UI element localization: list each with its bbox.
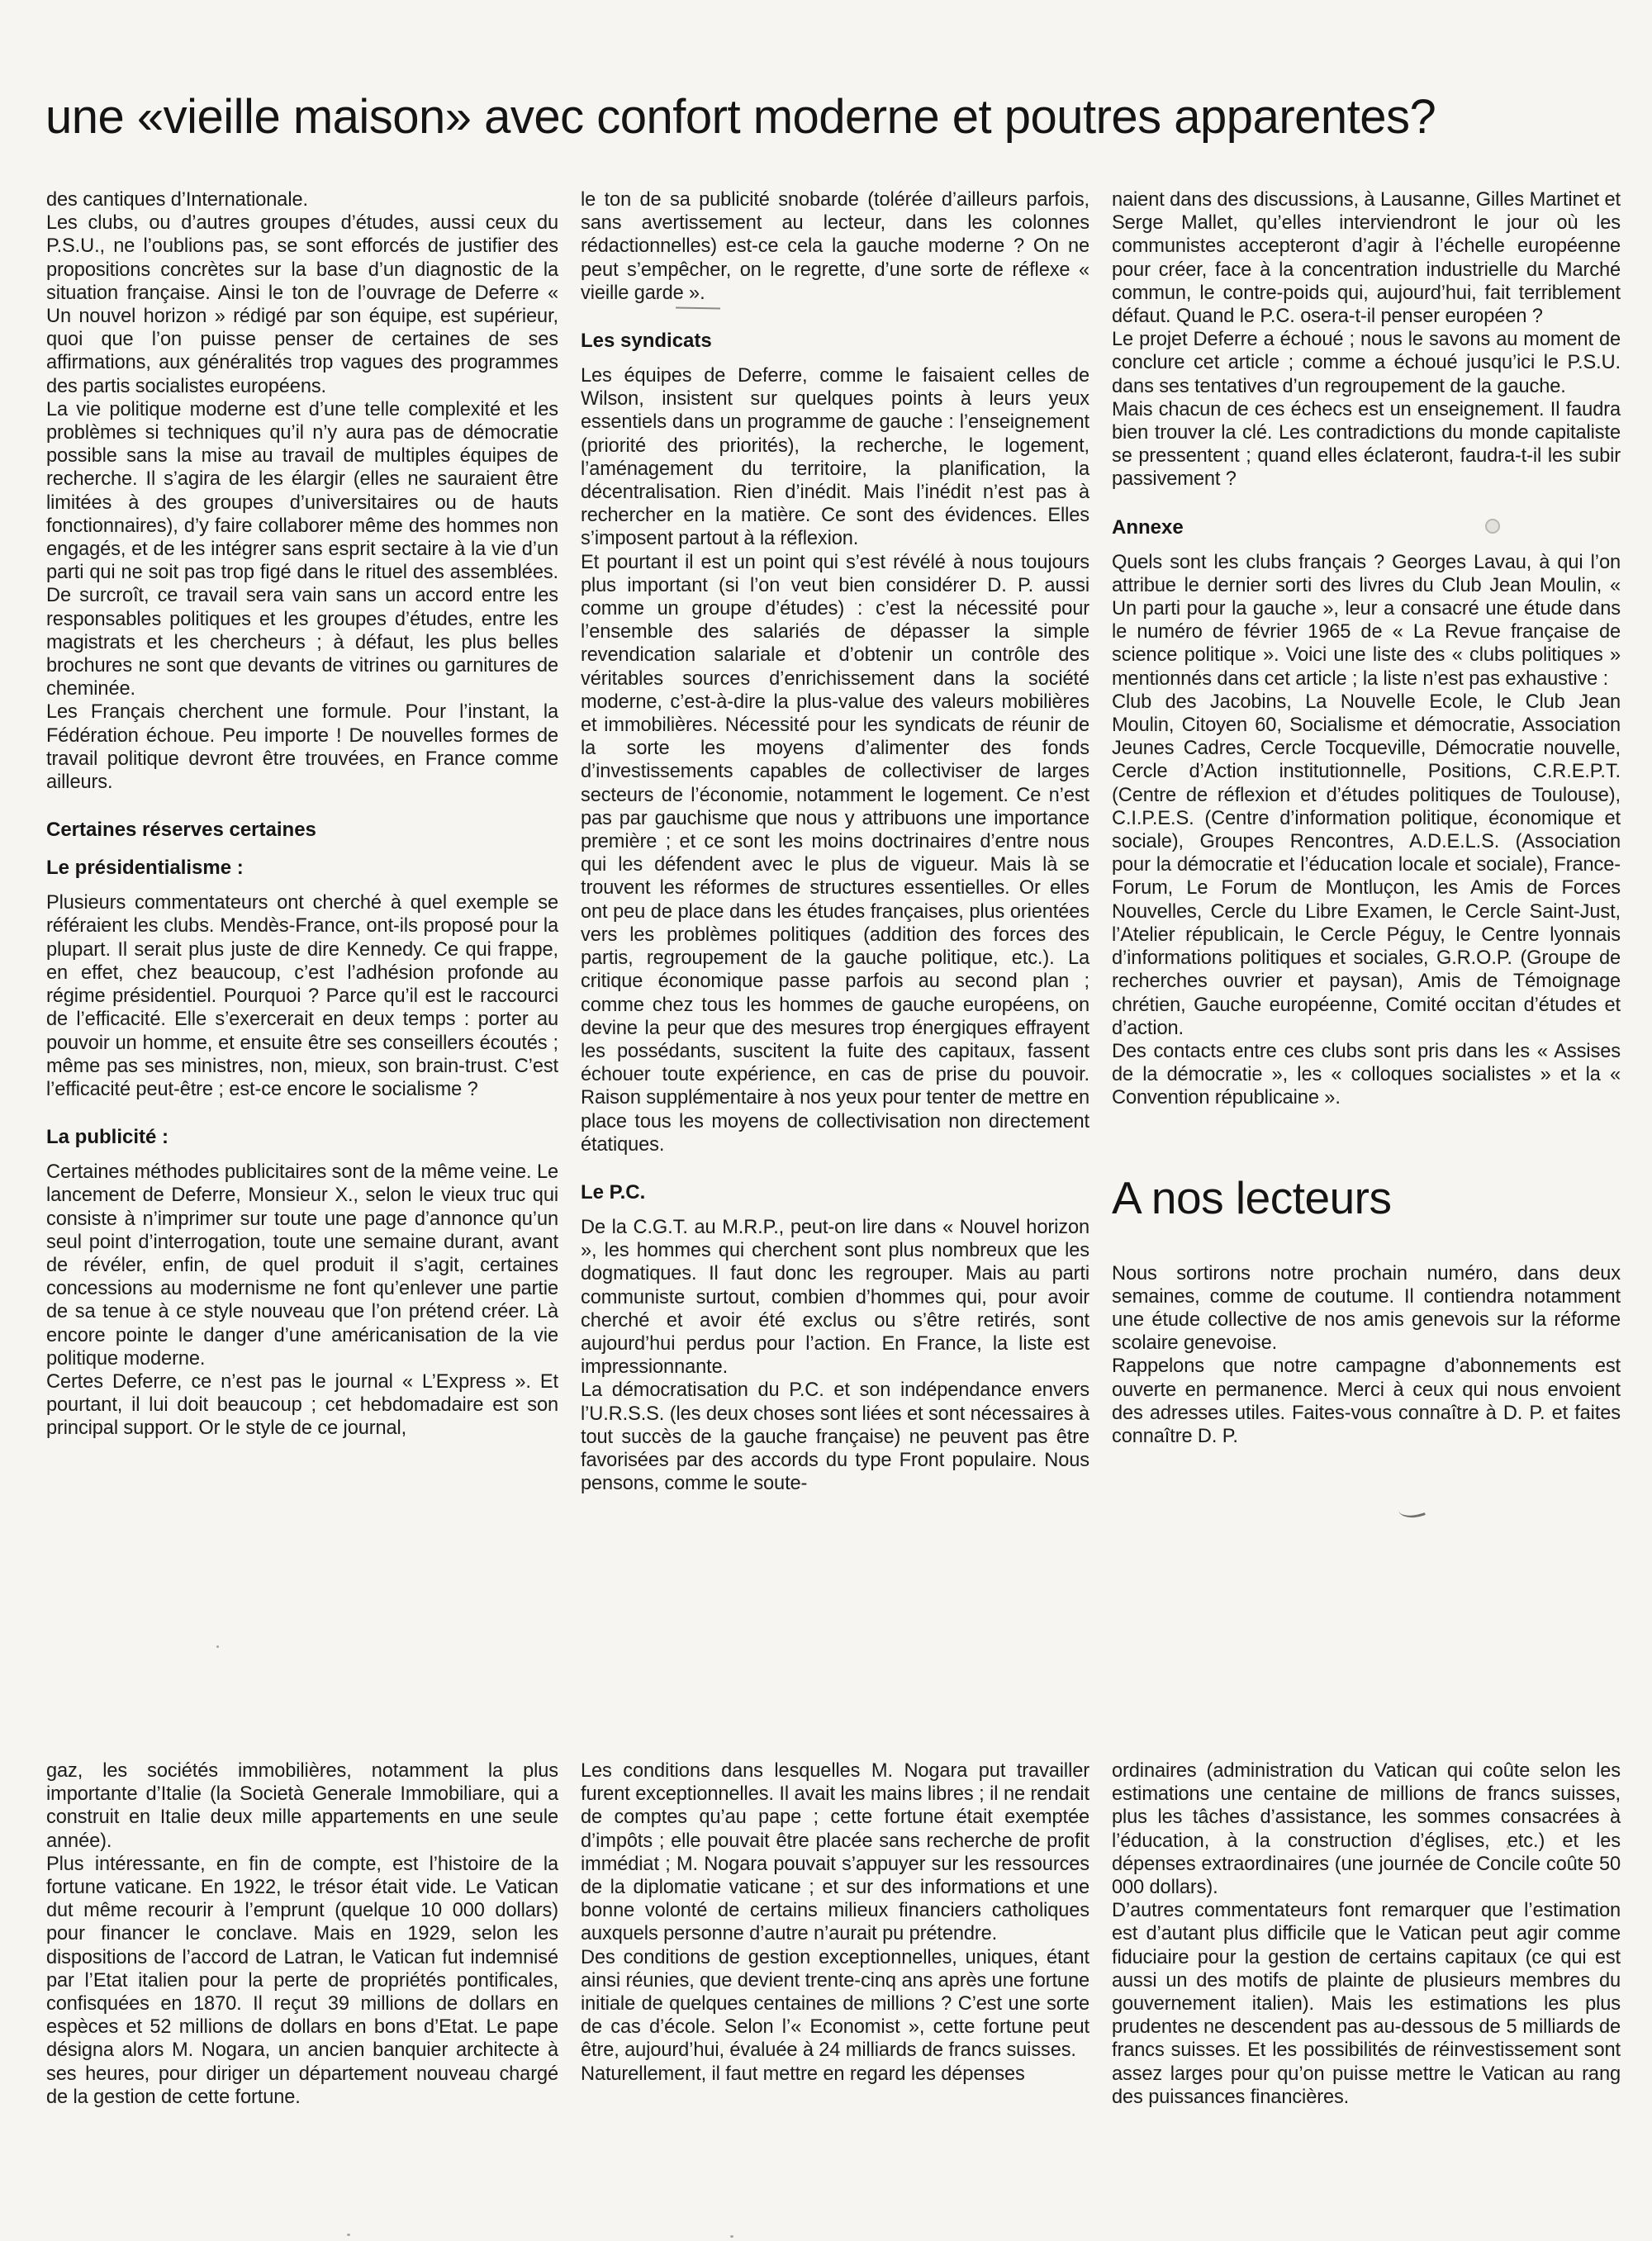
paragraph: Mais chacun de ces échecs est un enseign…: [1112, 398, 1621, 491]
paragraph: De la C.G.T. au M.R.P., peut-on lire dan…: [581, 1216, 1089, 1379]
paragraph: Des contacts entre ces clubs sont pris d…: [1112, 1040, 1621, 1110]
paragraph: ordinaires (administration du Vatican qu…: [1112, 1759, 1621, 1899]
paragraph: Quels sont les clubs français ? Georges …: [1112, 551, 1621, 691]
article-column-1: des cantiques d’Internationale. Les club…: [46, 188, 558, 1495]
page-title: une «vieille maison» avec confort modern…: [45, 89, 1436, 145]
bottom-column-2: Les conditions dans lesquelles M. Nogara…: [581, 1759, 1089, 2109]
paragraph: Rappelons que notre campagne d’abonnemen…: [1112, 1355, 1621, 1448]
subheading-publicite: La publicité :: [46, 1126, 558, 1149]
paragraph: Naturellement, il faut mettre en regard …: [581, 2063, 1089, 2086]
subheading-pc: Le P.C.: [581, 1181, 1089, 1204]
paragraph: naient dans des discussions, à Lausanne,…: [1112, 188, 1621, 328]
subheading-syndicats: Les syndicats: [581, 330, 1089, 353]
paragraph: Club des Jacobins, La Nouvelle Ecole, le…: [1112, 691, 1621, 1040]
bottom-column-3: ordinaires (administration du Vatican qu…: [1112, 1759, 1621, 2109]
bottom-article-columns: gaz, les sociétés immobilières, notammen…: [46, 1759, 1624, 2109]
paragraph: Les Français cherchent une formule. Pour…: [46, 700, 558, 794]
bottom-column-1: gaz, les sociétés immobilières, notammen…: [46, 1759, 558, 2109]
subheading-annexe: Annexe: [1112, 516, 1621, 539]
paragraph: le ton de sa publicité snobarde (tolérée…: [581, 188, 1089, 305]
paragraph: Certes Deferre, ce n’est pas le journal …: [46, 1370, 558, 1441]
scan-artifact-speck: [730, 2235, 733, 2238]
subheading-certaines-reserves: Certaines réserves certaines: [46, 819, 558, 842]
paragraph: Plus intéressante, en fin de compte, est…: [46, 1853, 558, 2109]
subheading-presidentialisme: Le présidentialisme :: [46, 857, 558, 880]
article-columns: des cantiques d’Internationale. Les club…: [46, 188, 1624, 1495]
article-column-3: naient dans des discussions, à Lausanne,…: [1112, 188, 1621, 1495]
paragraph: La démocratisation du P.C. et son indépe…: [581, 1379, 1089, 1495]
paragraph: D’autres commentateurs font remarquer qu…: [1112, 1899, 1621, 2109]
paragraph: des cantiques d’Internationale.: [46, 188, 558, 211]
paragraph: Certaines méthodes publicitaires sont de…: [46, 1161, 558, 1370]
paragraph: Et pourtant il est un point qui s’est ré…: [581, 551, 1089, 1156]
paragraph: Des conditions de gestion exceptionnelle…: [581, 1946, 1089, 2063]
paragraph: Nous sortirons notre prochain numéro, da…: [1112, 1262, 1621, 1356]
scan-artifact-speck: [347, 2234, 350, 2236]
paragraph: La vie politique moderne est d’une telle…: [46, 398, 558, 701]
paragraph: gaz, les sociétés immobilières, notammen…: [46, 1759, 558, 1853]
paragraph: Le projet Deferre a échoué ; nous le sav…: [1112, 328, 1621, 398]
section-a-nos-lecteurs: A nos lecteurs Nous sortirons notre proc…: [1112, 1171, 1621, 1449]
scan-artifact-speck: [216, 1645, 219, 1648]
paragraph: Les conditions dans lesquelles M. Nogara…: [581, 1759, 1089, 1946]
scan-artifact-pen-mark: [1398, 1502, 1426, 1522]
paragraph: Plusieurs commentateurs ont cherché à qu…: [46, 891, 558, 1101]
article-column-2: le ton de sa publicité snobarde (tolérée…: [581, 188, 1089, 1495]
newspaper-page: une «vieille maison» avec confort modern…: [0, 0, 1652, 2241]
paragraph: Les équipes de Deferre, comme le faisaie…: [581, 364, 1089, 551]
section-title: A nos lecteurs: [1112, 1171, 1621, 1224]
paragraph: Les clubs, ou d’autres groupes d’études,…: [46, 211, 558, 398]
